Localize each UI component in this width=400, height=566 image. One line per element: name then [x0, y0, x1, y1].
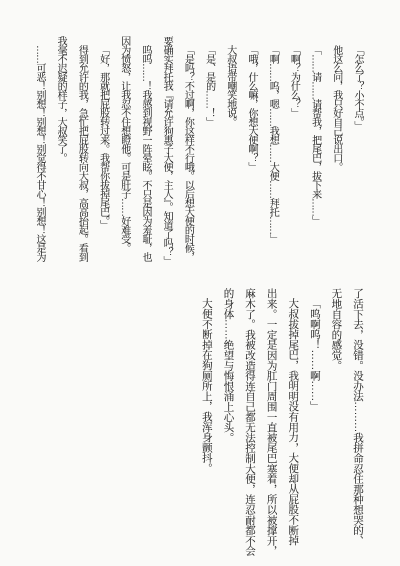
scanned-novel-page: 「怎么了？小不点。」 他这么问，我只好自己说出口。 「……请……请帮我，把尾巴，… [0, 0, 400, 566]
text-column: 「啊？为什么？」 [283, 36, 304, 272]
text-column: 「……请……请帮我，把尾巴，拔下来……」 [304, 36, 325, 272]
text-column: 出来。一定是因为肛门周围一直被尾巴塞着，所以被撑开， [260, 288, 282, 560]
text-column: 因为愤怒，让我忍不住想瞪他。可是肚子……好难受。 [114, 36, 135, 272]
text-column: 的身体……绝望与悔恨涌上心头。 [217, 288, 239, 560]
text-column: 麻木了。我被改造得连自己都无法控制大便，连忍耐都不会 [238, 288, 260, 560]
text-column: 得到允许的我，急忙把屁股转向大叔，高高抬起。看到 [71, 36, 92, 272]
text-column: 「是、是的……！」 [198, 36, 219, 272]
text-column: 「是吗？不过啊，你这样不行哦。以后想大便的时候， [177, 36, 198, 272]
text-column: 我毫不迟疑的样子，大叔笑了。 [50, 36, 71, 272]
text-column: 「哦，什么嘛，你想大便啊？」 [241, 36, 262, 272]
text-column: 要确实拜托我『请允许狗惠子大便，主人』。知道了吗？」 [156, 36, 177, 272]
text-column: 了活下去，没错。没办法………我拼命忍住那种想哭的、 [346, 288, 368, 560]
text-column: 「呜啊呜！……啊……」 [303, 288, 325, 560]
text-column: 「好，那就把屁股转过来。我帮你拔掉尾巴。」 [92, 36, 113, 272]
text-block-bottom: 了活下去，没错。没办法………我拼命忍住那种想哭的、 无地自容的感觉。 「呜啊呜！… [195, 288, 368, 560]
text-column: 大便不断掉在狗厕所上，我浑身颤抖。 [195, 288, 217, 560]
text-column: 大叔拔掉尾巴，我明明没有用力，大便却从屁股不断掉 [282, 288, 304, 560]
text-column: 大叔语带嘲笑地说。 [220, 36, 241, 272]
text-column: ……可恶！别想！别想！别觉得不甘心！别想！这是为 [29, 36, 50, 272]
text-column: 「啊……呜，嗯……我想……大便……拜托……」 [262, 36, 283, 272]
text-column: 他这么问，我只好自己说出口。 [326, 36, 347, 272]
text-column: 「怎么了？小不点。」 [347, 36, 368, 272]
text-column: 无地自容的感觉。 [325, 288, 347, 560]
text-block-top: 「怎么了？小不点。」 他这么问，我只好自己说出口。 「……请……请帮我，把尾巴，… [29, 36, 368, 272]
text-column: 呜呜……！我感到视野一阵晕眩。不只是因为羞耻，也 [135, 36, 156, 272]
